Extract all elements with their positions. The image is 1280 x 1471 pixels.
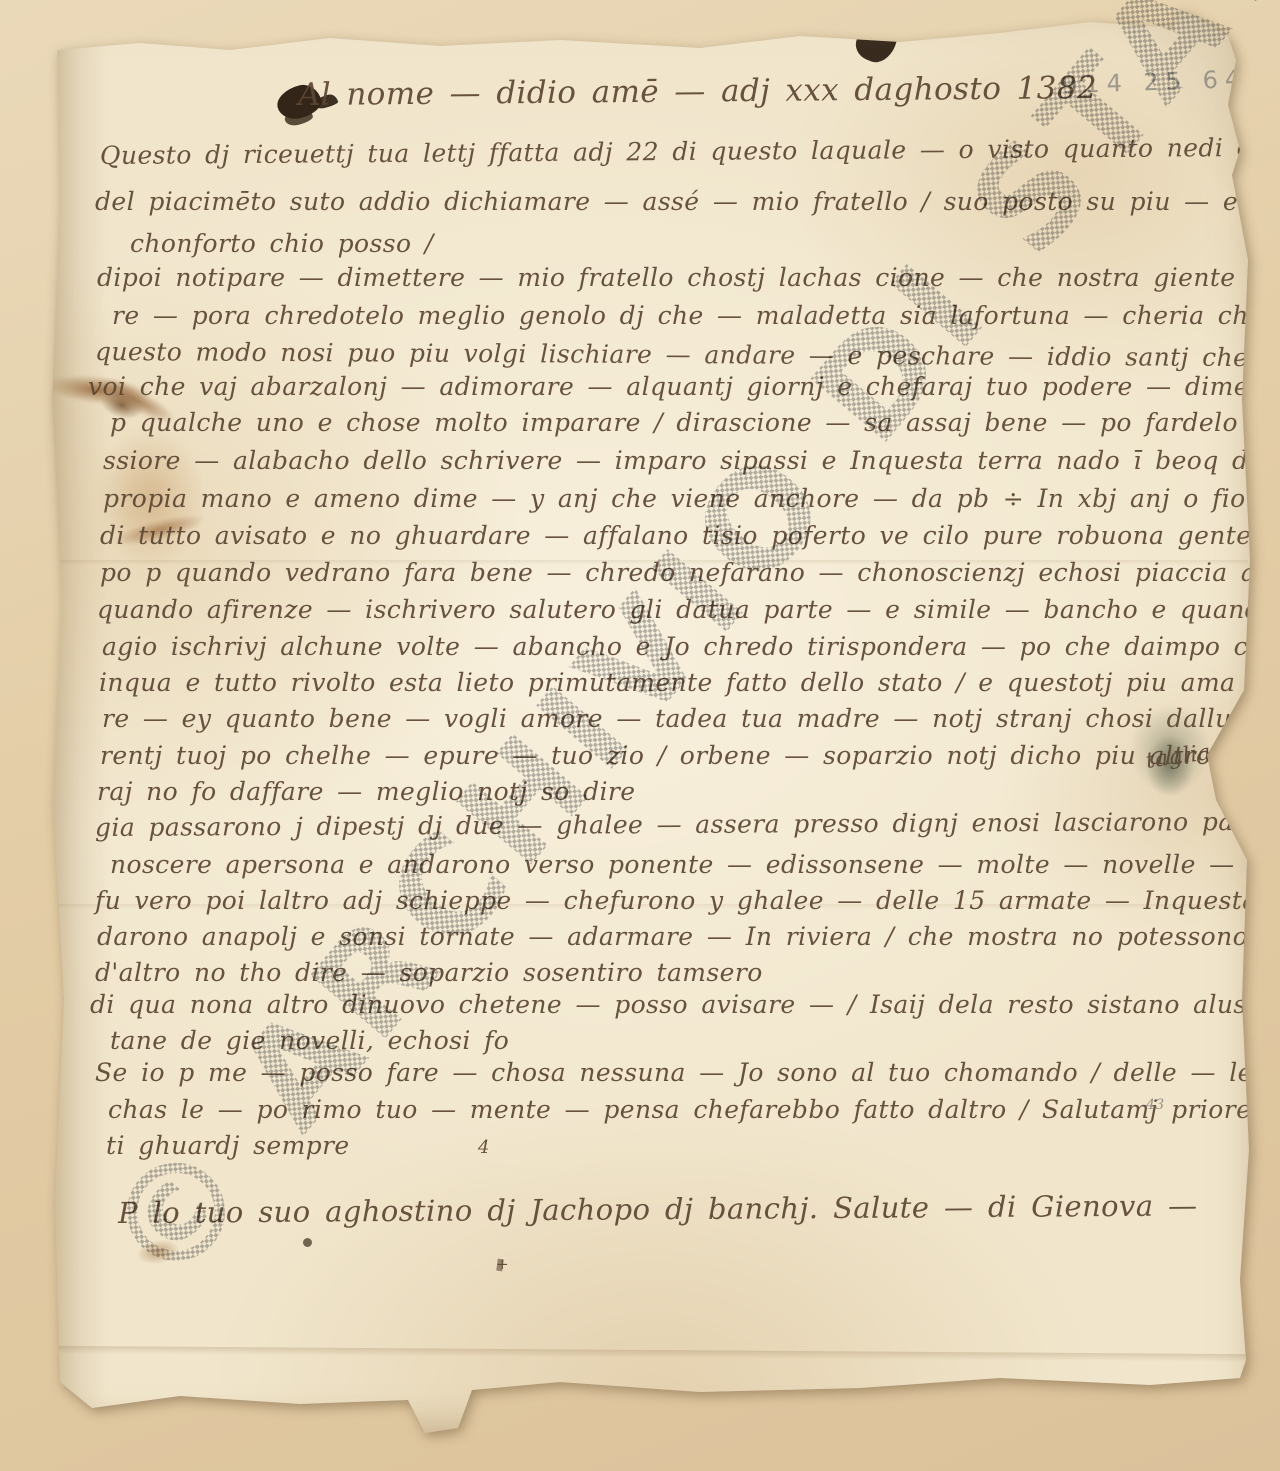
manuscript-line: noscere apersona e andarono verso ponent… <box>110 851 1280 879</box>
signature-line: P lo tuo suo aghostino dj Jachopo dj ban… <box>118 1190 1198 1229</box>
manuscript-line: ssiore — alabacho dello schrivere — impa… <box>103 447 1280 475</box>
manuscript-line: Se io p me — posso fare — chosa nessuna … <box>95 1059 1280 1087</box>
manuscript-line: del piacimēto suto addio dichiamare — a… <box>95 188 1280 216</box>
manuscript-line: fu vero poi laltro adj schieppe — chefur… <box>95 887 1280 915</box>
scan-background: 914 25 64 Al nome — didio amē — adj xxx… <box>0 0 1280 1471</box>
manuscript-line: di qua nona altro dinuovo chetene — poss… <box>90 991 1280 1019</box>
manuscript-line: quando afirenze — ischrivero salutero gl… <box>97 596 1280 624</box>
manuscript-line: questo modo nosi puo piu volgi lischiare… <box>95 338 1280 373</box>
manuscript-line: agio ischrivj alchune volte — abancho e … <box>102 633 1280 661</box>
manuscript-line: di tutto avisato e no ghuardare — affala… <box>100 522 1251 550</box>
margin-mark: 4 <box>478 1138 490 1158</box>
manuscript-line: darono anapolj e sonsi tornate — adarmar… <box>97 923 1280 951</box>
manuscript-line: tane de gie novelli, echosi fo <box>110 1027 509 1055</box>
manuscript-line: raj no fo daffare — meglio notj so dire <box>97 778 635 806</box>
margin-mark: + <box>496 1256 509 1273</box>
manuscript-line: po p quando vedrano fara bene — chredo n… <box>100 559 1280 587</box>
letter-paper-wrap: 914 25 64 Al nome — didio amē — adj xxx… <box>50 2 1258 1438</box>
margin-mark: 43 <box>1146 1098 1165 1113</box>
manuscript-line: chonforto chio posso / <box>130 230 434 258</box>
manuscript-line: rentj tuoj po chelhe — epure — tuo zio /… <box>100 742 1280 770</box>
manuscript-line: d'altro no tho dire — soparzio sosentiro… <box>95 959 763 987</box>
manuscript-line: dipoi notipare — dimettere — mio fratell… <box>97 264 1280 292</box>
manuscript-line: re — pora chredotelo meglio genolo dj ch… <box>112 302 1280 330</box>
manuscript-line: Questo dj riceuettj tua lettj ffatta adj… <box>100 133 1280 170</box>
manuscript-line: re — ey quanto bene — vogli amore — tade… <box>102 705 1280 733</box>
manuscript-line: ti ghuardj sempre <box>106 1132 350 1160</box>
manuscript-line: p qualche uno e chose molto imparare / d… <box>110 409 1280 437</box>
manuscript-line: propia mano e ameno dime — y anj che vie… <box>103 485 1246 513</box>
manuscript-line: voi che vaj abarzalonj — adimorare — alq… <box>88 373 1280 401</box>
text-layer: Al nome — didio amē — adj xxx daghosto … <box>50 2 1258 1438</box>
manuscript-line: gia passarono j dipestj dj due — ghalee … <box>95 807 1280 842</box>
manuscript-line: inqua e tutto rivolto esta lieto primuta… <box>99 669 1235 697</box>
letter-paper: 914 25 64 Al nome — didio amē — adj xxx… <box>50 2 1258 1438</box>
manuscript-line: chas le — po rimo tuo — mente — pensa ch… <box>108 1096 1280 1124</box>
header-line: Al nome — didio amē — adj xxx daghosto … <box>298 71 1097 112</box>
